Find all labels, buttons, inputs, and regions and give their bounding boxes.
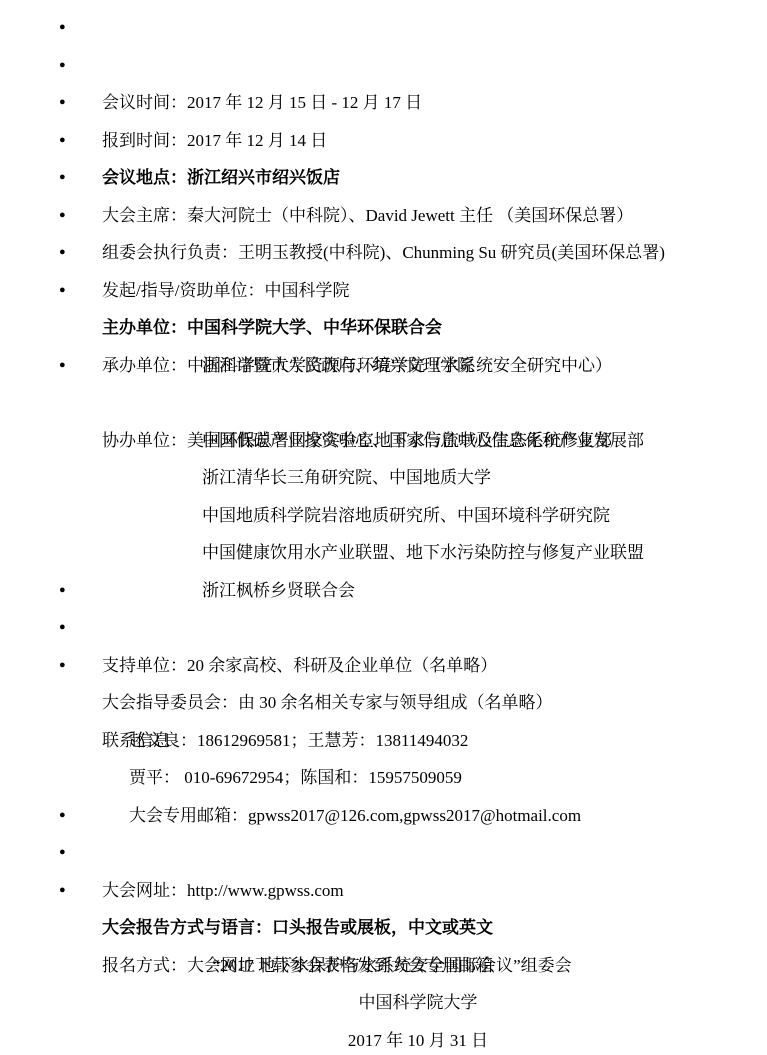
bullet-icon: ● [59, 347, 66, 385]
bullet-item: ● 大会报告方式与语言：口头报告或展板，中文或英文 [0, 834, 767, 872]
bullet-item: ● 支持单位：20 余家高校、科研及企业单位（名单略） [0, 572, 767, 610]
bullet-icon: ● [59, 122, 66, 160]
bullet-item: ● 大会网址：http://www.gpwss.com [0, 797, 767, 835]
bullet-icon: ● [59, 47, 66, 85]
document-page: ● 会议时间：2017 年 12 月 15 日 - 12 月 17 日 ● 报到… [0, 0, 767, 1055]
bullet-icon: ● [59, 572, 66, 610]
continuation-line: 中国地质科学院岩溶地质研究所、中国环境科学研究院 [0, 459, 767, 497]
bullet-icon: ● [59, 609, 66, 647]
bullet-item: ● 联系信息 [0, 647, 767, 685]
contact-line: 贾平： 010-69672954；陈国和：15957509059 [0, 722, 767, 760]
continuation-line: 中国低碳产业投资中心、国家信息中心信息化和产业发展部 [0, 384, 767, 422]
continuation-line: 浙江诸暨市人民政府、绍兴文理学院 [0, 309, 767, 347]
footer-line: “2017 地下水保护与水系统安全国际会议”组委会 [0, 909, 767, 947]
contact-line: 赵文良：18612969581；王慧芳：13811494032 [0, 684, 767, 722]
bullet-icon: ● [59, 197, 66, 235]
bullet-icon: ● [59, 84, 66, 122]
contact-line: 大会专用邮箱：gpwss2017@126.com,gpwss2017@hotma… [0, 759, 767, 797]
bullet-item: ● 会议时间：2017 年 12 月 15 日 - 12 月 17 日 [0, 9, 767, 47]
bullet-icon: ● [59, 872, 66, 910]
bullet-item: ● 会议地点：浙江绍兴市绍兴饭店 [0, 84, 767, 122]
bullet-item: ● 主办单位：中国科学院大学、中华环保联合会 [0, 234, 767, 272]
bullet-item: ● 大会指导委员会：由 30 余名相关专家与领导组成（名单略） [0, 609, 767, 647]
bullet-icon: ● [59, 797, 66, 835]
continuation-line: 浙江枫桥乡贤联合会 [0, 534, 767, 572]
footer-line: 2017 年 10 月 31 日 [26, 984, 767, 1022]
bullet-item: ● 报到时间：2017 年 12 月 14 日 [0, 47, 767, 85]
footer-text: 2017 年 10 月 31 日 [348, 1031, 488, 1050]
footer-line: 中国科学院大学 [26, 947, 767, 985]
bullet-item: ● 报名方式：大会网址下载参会表格发到大会专用邮箱 [0, 872, 767, 910]
continuation-line: 浙江清华长三角研究院、中国地质大学 [0, 422, 767, 460]
bullet-item: ● 承办单位：中国科学院大学资源与环境学院（水系统安全研究中心） [0, 272, 767, 310]
bullet-icon: ● [59, 9, 66, 47]
bullet-icon: ● [59, 234, 66, 272]
bullet-icon: ● [59, 647, 66, 685]
continuation-line: 中国健康饮用水产业联盟、地下水污染防控与修复产业联盟 [0, 497, 767, 535]
bullet-icon: ● [59, 834, 66, 872]
bullet-item: ● 协办单位：美国环保总署国家实验室地下水与流域及生态系统修复部 [0, 347, 767, 385]
bullet-icon: ● [59, 272, 66, 310]
bullet-item: ● 发起/指导/资助单位：中国科学院 [0, 197, 767, 235]
bullet-item: ● 大会主席：秦大河院士（中科院）、David Jewett 主任 （美国环保总… [0, 122, 767, 160]
bullet-item: ● 组委会执行负责：王明玉教授(中科院)、Chunming Su 研究员(美国环… [0, 159, 767, 197]
bullet-icon: ● [59, 159, 66, 197]
